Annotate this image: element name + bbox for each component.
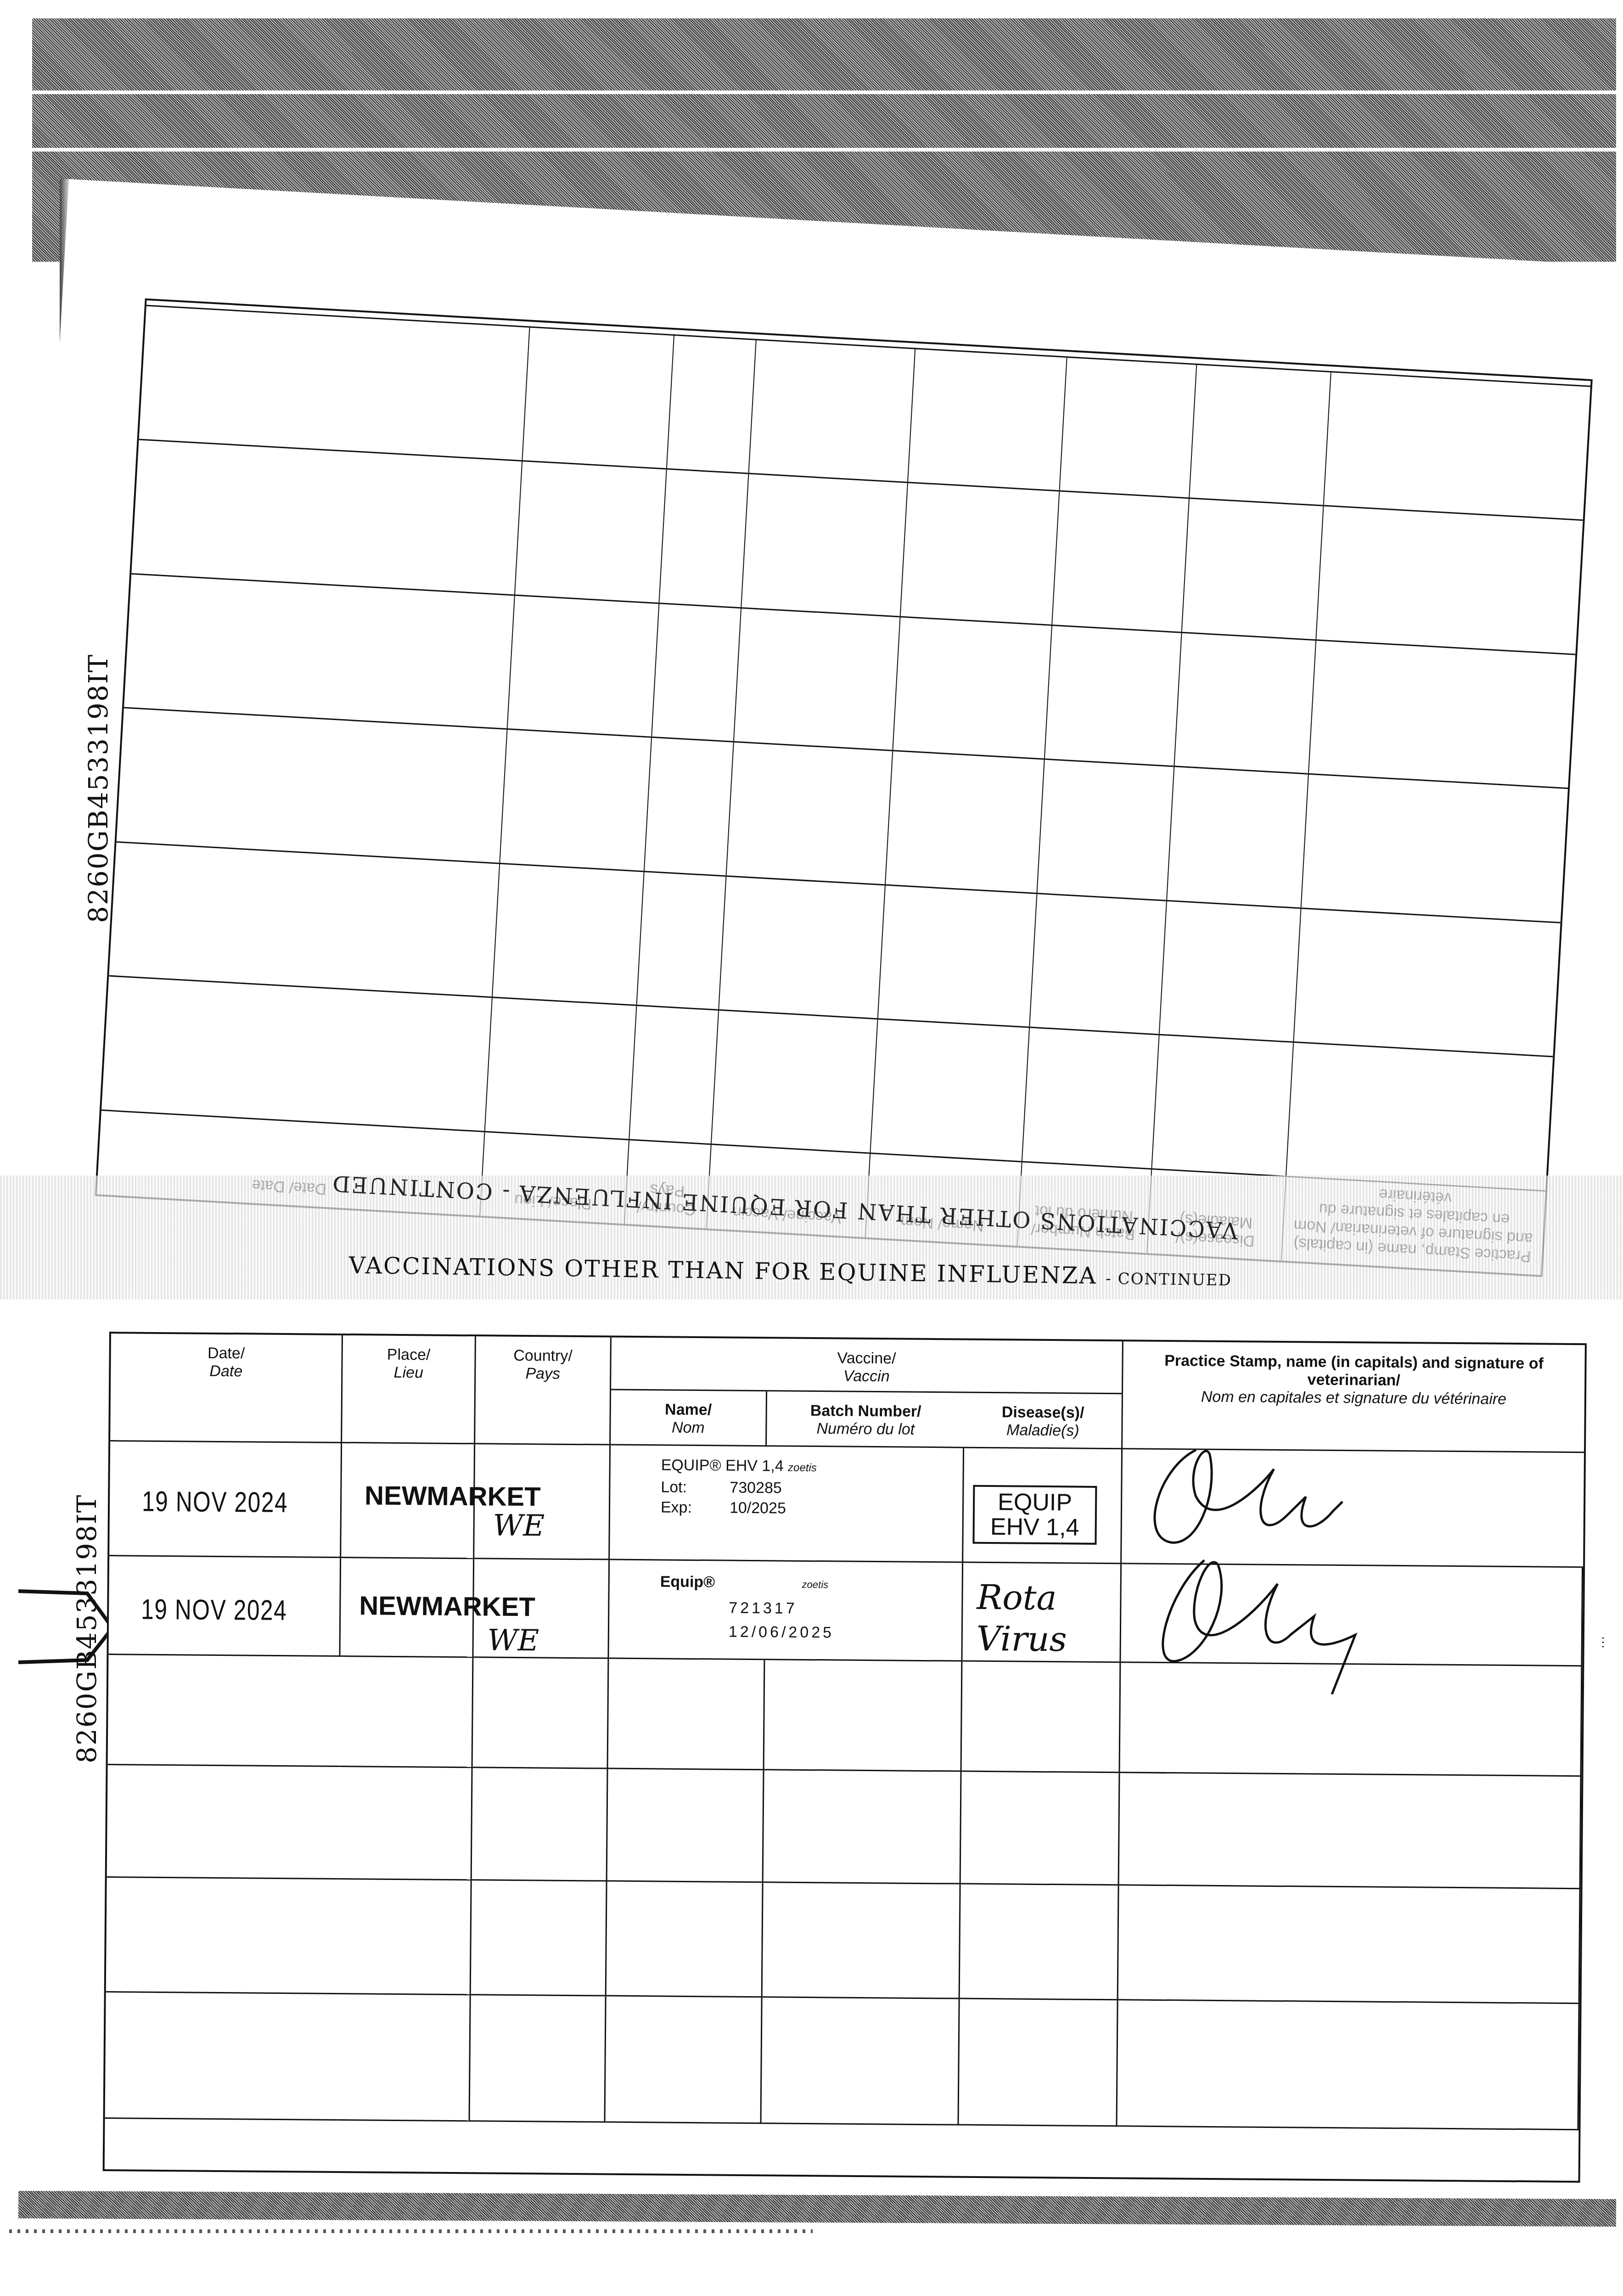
empty-cell [514,460,666,602]
empty-cell [109,841,499,997]
empty-cell [101,975,492,1131]
empty-cell [106,1878,339,1994]
row2-date: 19 NOV 2024 [108,1556,341,1657]
passport-id-vertical-top: 8260GB4533198IT [83,654,114,923]
row2-vaccine-label: Equip® zoetis 721317 12/06/2025 [609,1560,963,1662]
empty-cell [726,741,892,884]
row2-initials: WE [487,1623,539,1658]
empty-cell [1286,1041,1553,1190]
row1-initials: WE [493,1509,545,1543]
empty-cell [139,305,529,461]
empty-cell [1174,632,1315,773]
empty-cell [761,1998,960,2125]
empty-cell [1051,490,1189,632]
row2-disease: Rota Virus [962,1563,1122,1663]
empty-cell [522,326,674,468]
page-tab-arrow-icon [18,1584,110,1667]
empty-cell [608,1659,765,1771]
row1-vaccine-label: EQUIP® EHV 1,4 zoetis Lot:730285 Exp:10/… [610,1446,964,1563]
empty-cell [763,1883,961,1999]
empty-cell [1118,1885,1581,2004]
empty-cell [606,1997,763,2124]
empty-cell [1315,505,1583,654]
empty-cell [1029,893,1166,1034]
vaccination-table: Date/Date Place/Lieu Country/Pays Vaccin… [103,1332,1587,2183]
empty-cell [492,862,644,1005]
empty-cell [1159,900,1301,1041]
vaccine-sticker: Equip® zoetis 721317 12/06/2025 [660,1570,835,1644]
empty-cell [108,1655,341,1767]
section-title-continued: - CONTINUED [1106,1270,1232,1290]
empty-cell [340,1657,474,1768]
empty-cell [499,728,651,871]
empty-cell [877,884,1037,1027]
empty-cell [644,737,734,875]
band-divider [32,90,1616,94]
empty-cell [959,1999,1118,2127]
empty-cell [651,602,741,741]
empty-cell [473,1658,609,1769]
empty-cell [337,1994,471,2122]
empty-cell [471,1880,607,1996]
band-divider [32,148,1616,152]
upside-down-page: Practice Stamp, name (in capitals) and s… [10,179,1618,1320]
upside-down-vaccination-table: Practice Stamp, name (in capitals) and s… [95,298,1592,1277]
empty-cell [117,707,507,863]
empty-cell [666,334,756,473]
scan-background-bottom [18,2191,1616,2227]
empty-cell [748,339,915,482]
empty-cell [1293,907,1560,1056]
empty-cell [339,1767,473,1880]
empty-cell [711,1009,877,1152]
header-country: Country/Pays [475,1336,612,1445]
header-date: Date/Date [110,1334,343,1443]
header-vaccine-name: Name/Nom [611,1390,767,1447]
empty-cell [506,594,658,737]
empty-cell [764,1770,962,1884]
header-place: Place/Lieu [342,1335,476,1444]
empty-cell [1059,356,1196,498]
empty-cell [1323,371,1590,520]
margin-mark: ⋯ [1596,1636,1611,1649]
empty-cell [1301,773,1568,922]
empty-cell [885,750,1044,893]
row2-signature [1121,1564,1583,1666]
scan-noise-footer [9,2229,813,2233]
disease-stamp: EQUIP EHV 1,4 [972,1485,1097,1545]
empty-cell [636,871,726,1009]
header-batch-number: Batch Number/Numéro du lot [767,1391,965,1448]
header-vaccine: Vaccine/Vaccin [611,1338,1123,1395]
empty-cell [1119,1773,1582,1889]
empty-cell [962,1662,1121,1773]
empty-cell [484,996,636,1139]
empty-cell [900,482,1059,625]
empty-cell [733,607,899,750]
empty-cell [107,1765,340,1880]
empty-cell [1117,2000,1579,2130]
empty-cell [1036,759,1174,900]
row1-disease: EQUIP EHV 1,4 [963,1448,1123,1564]
handwritten-disease: Rota Virus [976,1577,1096,1660]
empty-cell [741,473,907,616]
empty-cell [629,1005,719,1143]
vaccine-sticker: EQUIP® EHV 1,4 zoetis Lot:730285 Exp:10/… [661,1455,817,1519]
header-disease: Disease(s)/Maladie(s) [964,1393,1123,1450]
empty-cell [338,1880,472,1995]
empty-cell [124,573,514,729]
empty-cell [658,468,748,607]
row2-place: NEWMARKET [340,1558,474,1658]
empty-cell [961,1772,1120,1886]
empty-cell [960,1885,1119,2001]
signature-icon [1140,1441,1416,1562]
empty-cell [1120,1663,1583,1777]
empty-cell [719,875,885,1018]
empty-cell [870,1018,1029,1161]
empty-cell [470,1995,607,2122]
empty-cell [892,616,1051,759]
empty-cell [1308,639,1575,788]
empty-cell [907,348,1067,490]
empty-cell [472,1768,608,1881]
empty-cell [1181,497,1323,639]
row1-date: 19 NOV 2024 [109,1441,342,1558]
header-practice-stamp: Practice Stamp, name (in capitals) and s… [1123,1341,1585,1453]
empty-cell [1044,625,1181,766]
empty-cell [1189,363,1331,505]
empty-cell [1021,1027,1158,1168]
empty-cell [1151,1034,1293,1176]
empty-cell [607,1882,764,1998]
empty-cell [607,1769,764,1883]
row1-place: NEWMARKET [341,1443,475,1559]
empty-cell [764,1660,963,1772]
empty-cell [131,439,522,595]
empty-cell [105,1992,338,2121]
empty-cell [1166,766,1308,907]
row1-signature [1122,1449,1584,1568]
